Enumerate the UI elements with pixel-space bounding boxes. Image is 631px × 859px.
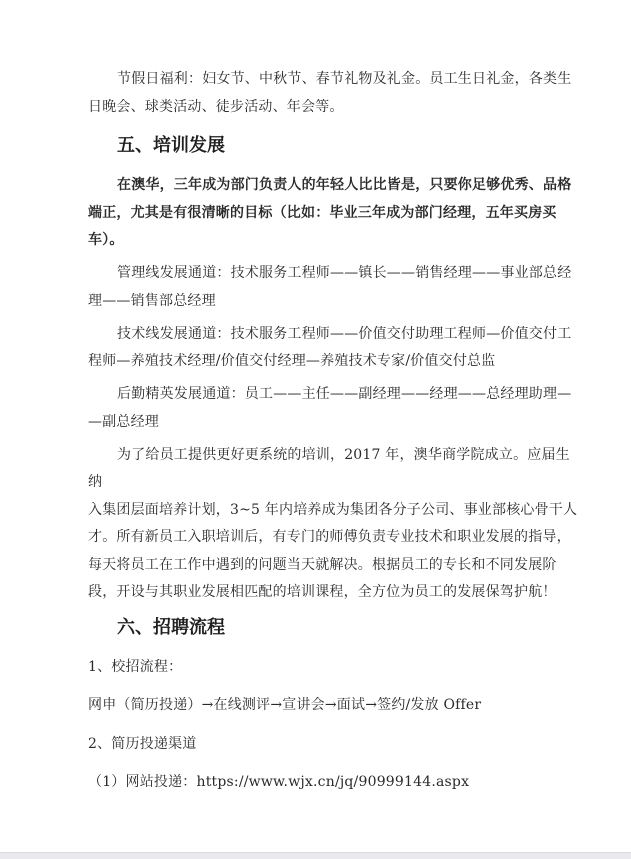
para-campus-recruit-label: 1、校招流程： [88,654,583,682]
para-management-track: 管理线发展通道：技术服务工程师——镇长——销售经理——事业部总经 理——销售部总… [88,260,583,315]
heading-recruitment-process: 六、招聘流程 [88,613,583,643]
para-resume-channels-label: 2、简历投递渠道 [88,731,583,759]
para-technical-track: 技术线发展通道：技术服务工程师——价值交付助理工程师—价值交付工 程师—养殖技术… [88,321,583,376]
para-aohua-growth-bold: 在澳华，三年成为部门负责人的年轻人比比皆是，只要你足够优秀、品格 端正，尤其是有… [88,172,583,255]
page-bottom-edge [0,852,631,859]
heading-training-development: 五、培训发展 [88,131,583,161]
para-holiday-benefits: 节假日福利：妇女节、中秋节、春节礼物及礼金。员工生日礼金，各类生 日晚会、球类活… [88,66,583,121]
para-business-school: 为了给员工提供更好更系统的培训，2017 年，澳华商学院成立。应届生纳 入集团层… [88,442,583,607]
para-logistics-track: 后勤精英发展通道：员工——主任——副经理——经理——总经理助理— —副总经理 [88,381,583,436]
document-page: 节假日福利：妇女节、中秋节、春节礼物及礼金。员工生日礼金，各类生 日晚会、球类活… [0,0,631,853]
para-recruit-flow: 网申（简历投递）→在线测评→宣讲会→面试→签约/发放 Offer [88,692,583,720]
para-website-channel: （1）网站投递：https://www.wjx.cn/jq/90999144.a… [88,769,583,797]
